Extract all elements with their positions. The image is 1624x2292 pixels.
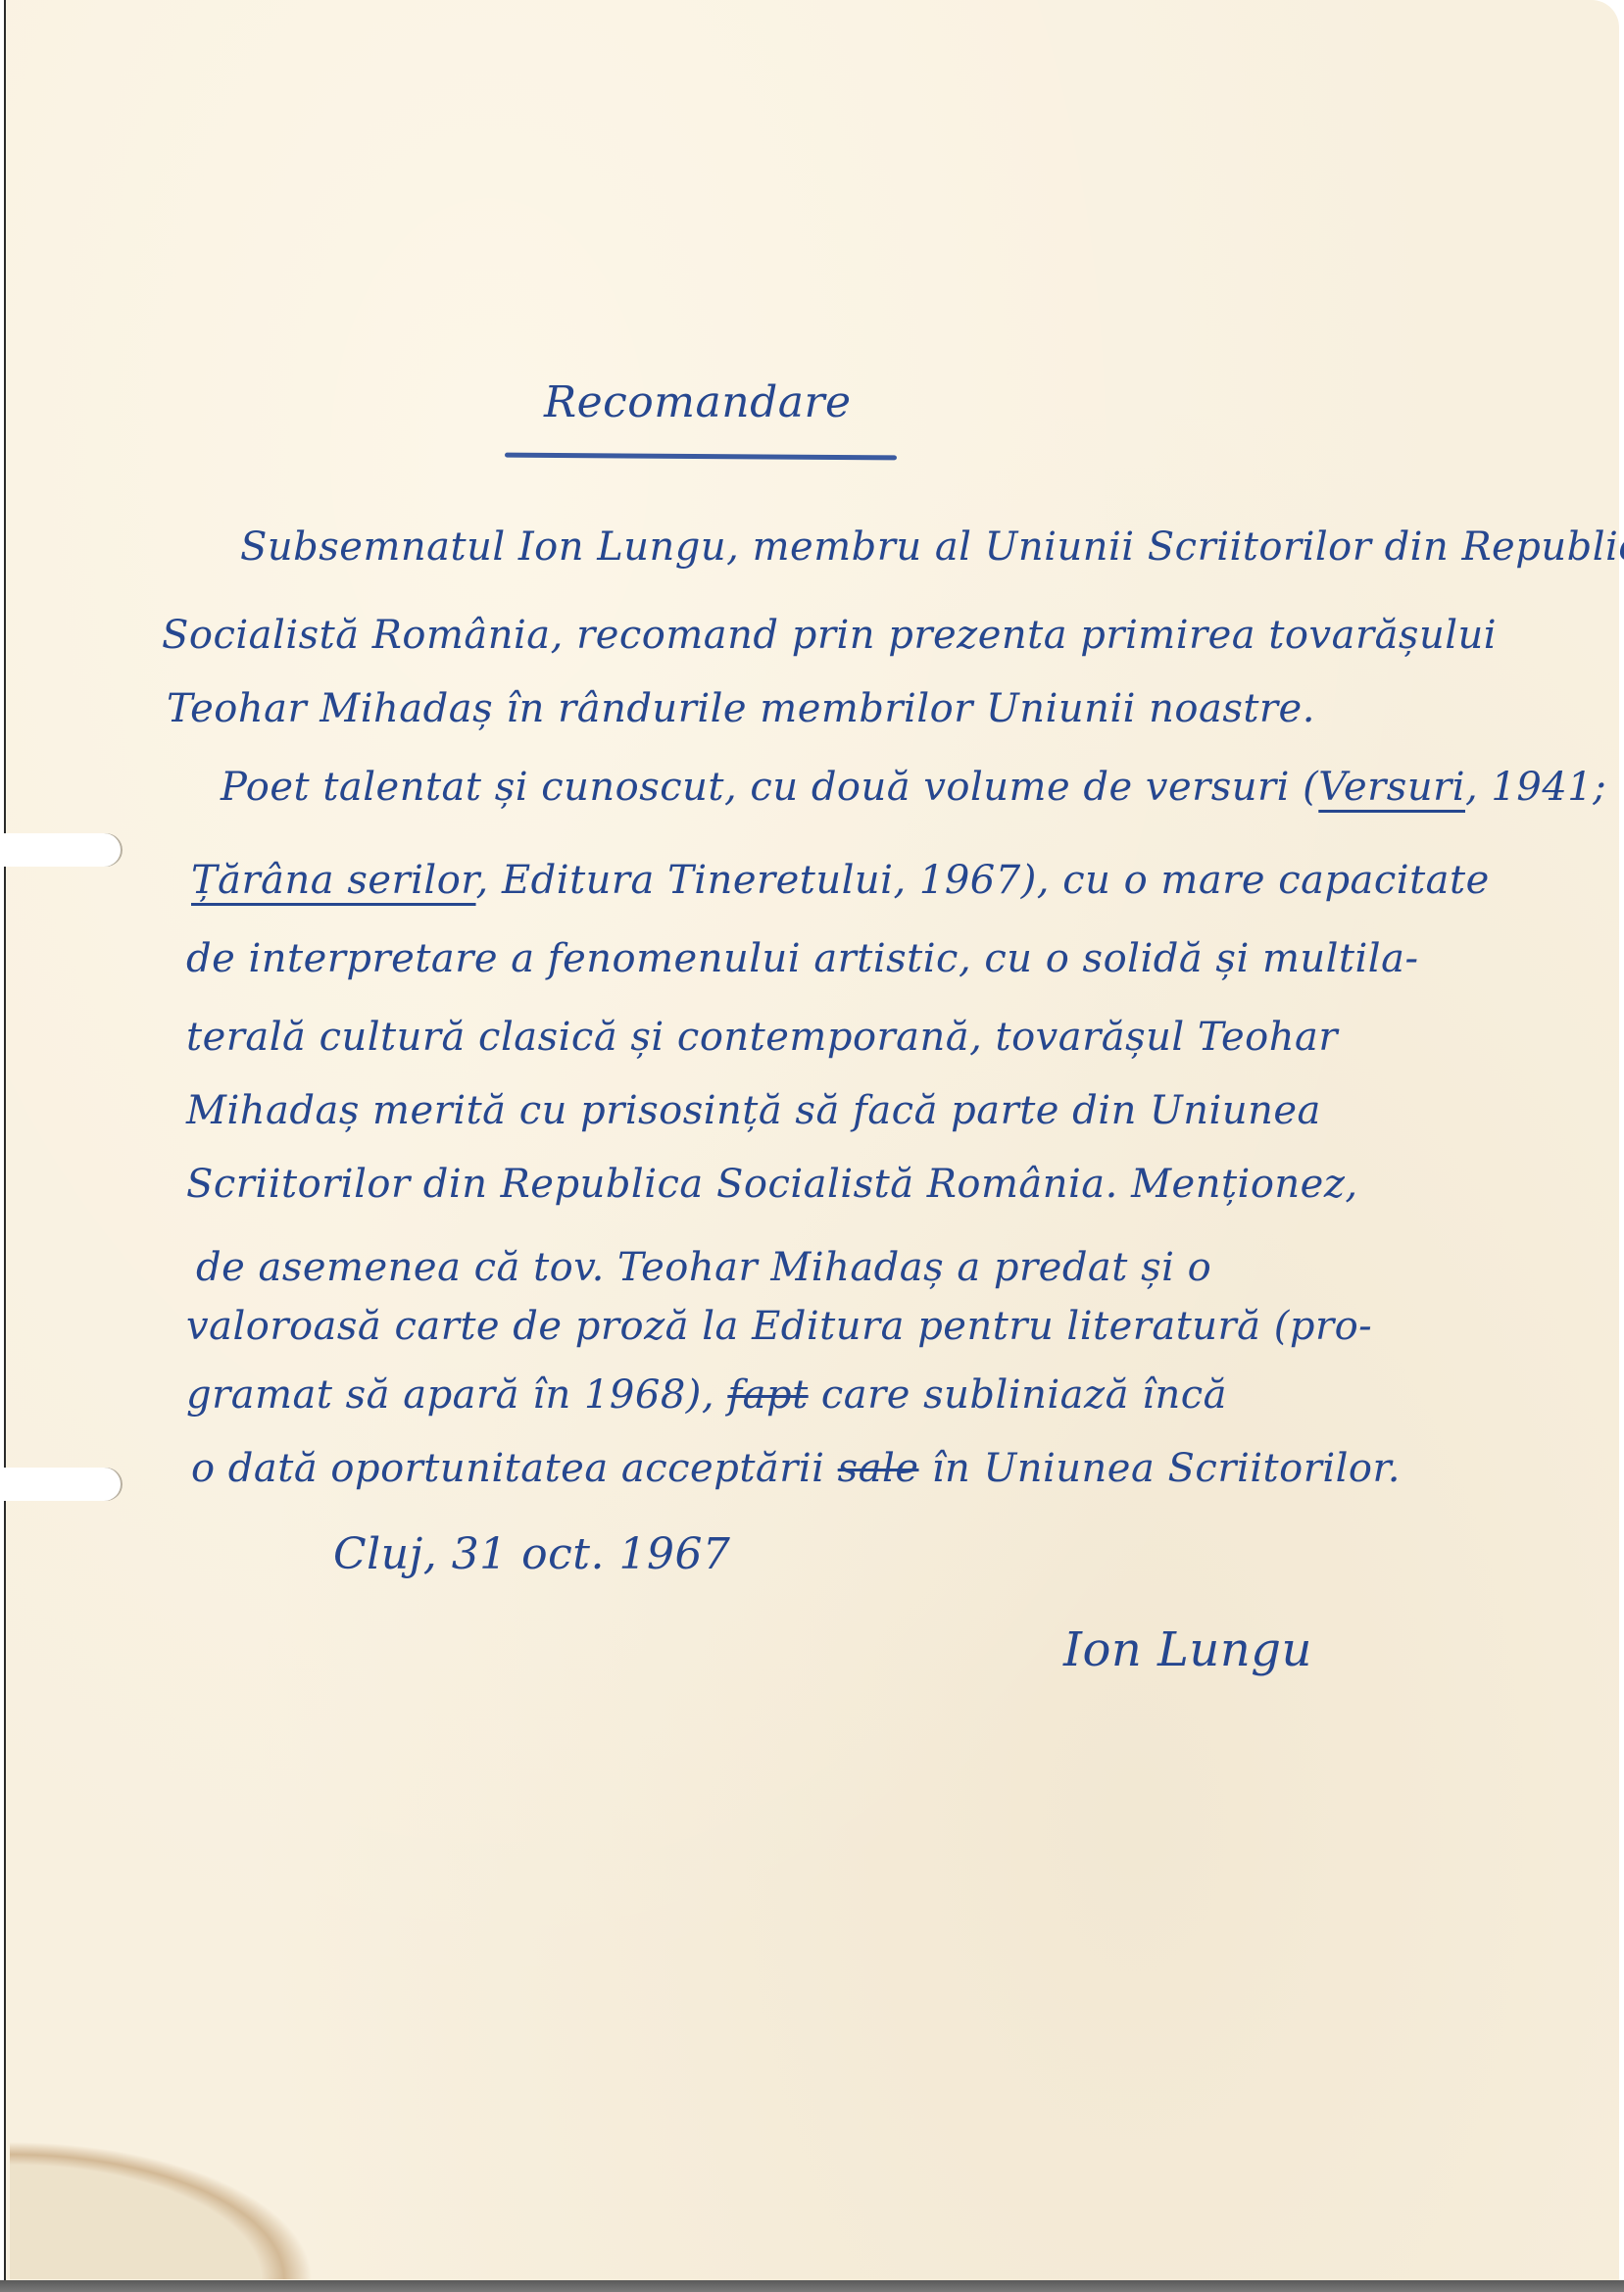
body-line-6: de interpretare a fenomenului artistic, …	[186, 936, 1418, 981]
punch-hole-bottom	[0, 1468, 123, 1501]
line-12-part-1: gramat să apară în 1968),	[186, 1372, 727, 1418]
body-line-3: Teohar Mihadaș în rândurile membrilor Un…	[167, 686, 1315, 731]
document-title: Recomandare	[544, 377, 852, 427]
water-stain	[10, 2132, 333, 2279]
punch-hole-top	[0, 833, 123, 867]
body-line-9: Scriitorilor din Republica Socialistă Ro…	[186, 1162, 1358, 1207]
body-line-7: terală cultură clasică și contemporană, …	[186, 1015, 1338, 1060]
body-line-1: Subsemnatul Ion Lungu, membru al Uniunii…	[240, 524, 1624, 570]
line-13-part-3: în Uniunea Scriitorilor.	[919, 1446, 1401, 1491]
book-title-tarana-serilor: Țărâna serilor	[191, 858, 476, 903]
paper-sheet	[4, 0, 1619, 2280]
struck-word-fapt: fapt	[727, 1372, 808, 1418]
line-12-part-3: care subliniază încă	[809, 1372, 1227, 1418]
line-4-part-1: Poet talentat și cunoscut, cu două volum…	[221, 765, 1318, 810]
body-line-8: Mihadaș merită cu prisosință să facă par…	[186, 1088, 1321, 1133]
struck-word-sale: sale	[838, 1446, 919, 1491]
body-line-11: valoroasă carte de proză la Editura pent…	[186, 1304, 1372, 1349]
line-4-part-3: , 1941;	[1465, 765, 1606, 810]
place-date: Cluj, 31 oct. 1967	[333, 1529, 730, 1579]
body-line-13: o dată oportunitatea acceptării sale în …	[191, 1446, 1401, 1491]
body-line-10: de asemenea că tov. Teohar Mihadaș a pre…	[196, 1245, 1211, 1290]
body-line-2: Socialistă România, recomand prin prezen…	[162, 613, 1497, 658]
line-13-part-1: o dată oportunitatea acceptării	[191, 1446, 838, 1491]
signature: Ion Lungu	[1063, 1622, 1312, 1677]
body-line-4: Poet talentat și cunoscut, cu două volum…	[221, 765, 1606, 810]
line-5-part-2: , Editura Tineretului, 1967), cu o mare …	[476, 858, 1490, 903]
scanner-edge	[0, 2280, 1624, 2292]
body-line-5: Țărâna serilor, Editura Tineretului, 196…	[191, 858, 1490, 903]
book-title-versuri: Versuri	[1318, 765, 1465, 810]
body-line-12: gramat să apară în 1968), fapt care subl…	[186, 1372, 1227, 1418]
